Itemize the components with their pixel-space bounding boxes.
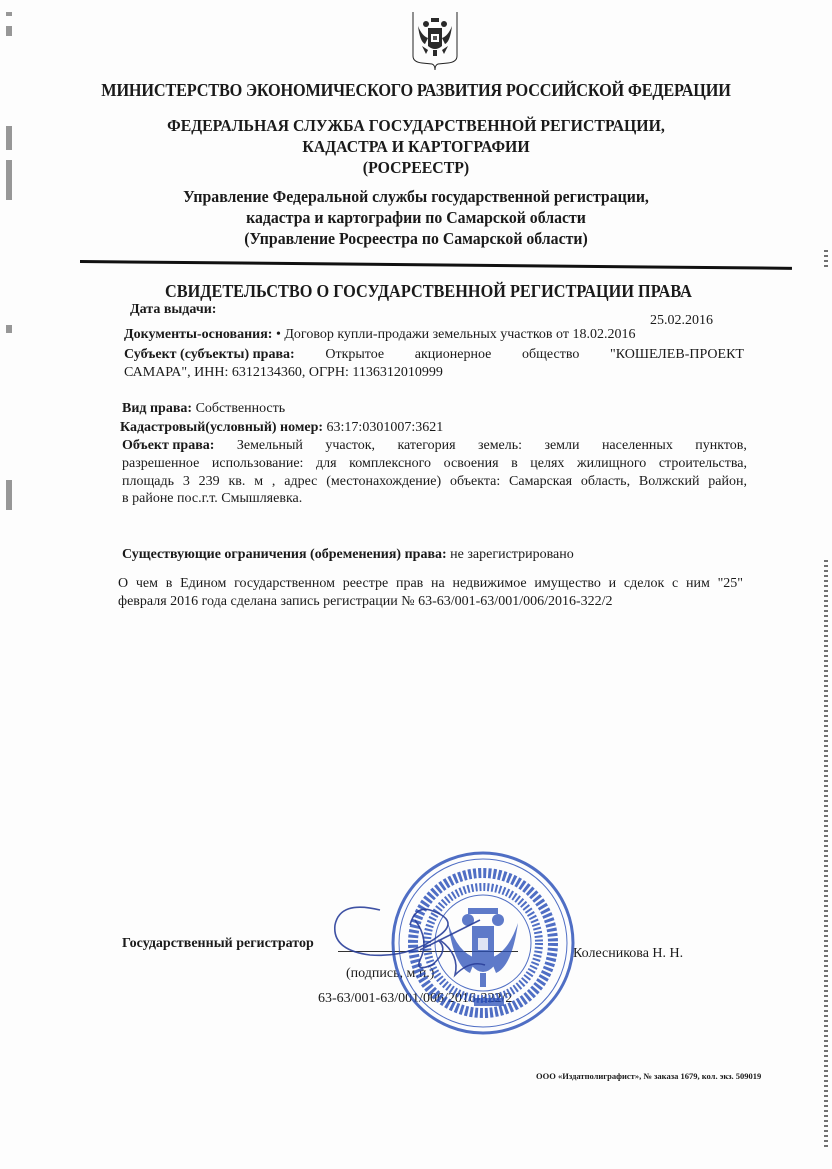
- subject-word: "КОШЕЛЕВ-ПРОЕКТ: [610, 346, 744, 363]
- encumbrance-label: Существующие ограничения (обременения) п…: [122, 547, 447, 562]
- russian-coat-of-arms-icon: [410, 10, 460, 72]
- object-description: разрешенное использование: для комплексн…: [122, 455, 747, 508]
- object-line: площадь 3 239 кв. м , адрес (местонахожд…: [122, 473, 747, 491]
- object-line: в районе пос.г.т. Смышляевка.: [122, 490, 747, 508]
- object-label: Объект права:: [122, 437, 214, 454]
- office-heading: Управление Федеральной службы государств…: [29, 186, 803, 249]
- ministry-heading: МИНИСТЕРСТВО ЭКОНОМИЧЕСКОГО РАЗВИТИЯ РОС…: [29, 80, 803, 101]
- certificate-title: СВИДЕТЕЛЬСТВО О ГОСУДАРСТВЕННОЙ РЕГИСТРА…: [165, 281, 692, 302]
- certificate-page: МИНИСТЕРСТВО ЭКОНОМИЧЕСКОГО РАЗВИТИЯ РОС…: [0, 0, 832, 1169]
- basis-value: • Договор купли-продажи земельных участк…: [276, 327, 636, 342]
- record-line: О чем в Едином государственном реестре п…: [118, 575, 743, 593]
- office-line: (Управление Росреестра по Самарской обла…: [29, 228, 803, 249]
- encumbrance-value: не зарегистрировано: [450, 547, 574, 562]
- issue-date: 25.02.2016: [650, 312, 713, 329]
- service-line: КАДАСТРА И КАРТОГРАФИИ: [29, 136, 803, 157]
- right-kind-value: Собственность: [196, 401, 286, 416]
- printer-imprint: ООО «Издатполиграфист», № заказа 1679, к…: [536, 1071, 761, 1081]
- object-row: Объект права: Земельный участок, категор…: [122, 437, 747, 454]
- subject-row: Субъект (субъекты) права: Открытое акцио…: [124, 346, 744, 363]
- object-word: земель:: [478, 437, 522, 454]
- encumbrance-row: Существующие ограничения (обременения) п…: [122, 546, 574, 563]
- scan-edge-right: [818, 250, 832, 1150]
- issue-date-label: Дата выдачи:: [130, 301, 216, 318]
- registrar-name: Колесникова Н. Н.: [573, 945, 683, 962]
- subject-word: акционерное: [415, 346, 492, 363]
- registry-record: О чем в Едином государственном реестре п…: [118, 575, 743, 611]
- header-divider: [80, 260, 792, 270]
- cadastral-label: Кадастровый(условный) номер:: [120, 420, 323, 435]
- object-word: земли: [544, 437, 579, 454]
- cadastral-value: 63:17:0301007:3621: [327, 420, 444, 435]
- subject-word: Открытое: [325, 346, 384, 363]
- handwritten-signature-icon: [320, 880, 540, 990]
- object-word: пунктов,: [695, 437, 747, 454]
- object-word: населенных: [602, 437, 673, 454]
- subject-label: Субъект (субъекты) права:: [124, 346, 295, 363]
- office-line: Управление Федеральной службы государств…: [29, 186, 803, 207]
- right-kind-row: Вид права: Собственность: [122, 400, 285, 417]
- scan-edge-left: [6, 0, 14, 560]
- service-line: ФЕДЕРАЛЬНАЯ СЛУЖБА ГОСУДАРСТВЕННОЙ РЕГИС…: [29, 115, 803, 136]
- service-line: (РОСРЕЕСТР): [29, 157, 803, 178]
- object-word: участок,: [325, 437, 375, 454]
- right-kind-label: Вид права:: [122, 401, 192, 416]
- record-line: февраля 2016 года сделана запись регистр…: [118, 593, 743, 611]
- cadastral-row: Кадастровый(условный) номер: 63:17:03010…: [120, 419, 443, 436]
- basis-label: Документы-основания:: [124, 327, 272, 342]
- basis-row: Документы-основания: • Договор купли-про…: [124, 326, 635, 343]
- object-word: Земельный: [237, 437, 303, 454]
- object-line: разрешенное использование: для комплексн…: [122, 455, 747, 473]
- subject-word: общество: [522, 346, 579, 363]
- registrar-label: Государственный регистратор: [122, 935, 314, 952]
- subject-value-continued: САМАРА", ИНН: 6312134360, ОГРН: 11363120…: [124, 364, 443, 381]
- object-word: категория: [397, 437, 455, 454]
- service-heading: ФЕДЕРАЛЬНАЯ СЛУЖБА ГОСУДАРСТВЕННОЙ РЕГИС…: [29, 115, 803, 178]
- office-line: кадастра и картографии по Самарской обла…: [29, 207, 803, 228]
